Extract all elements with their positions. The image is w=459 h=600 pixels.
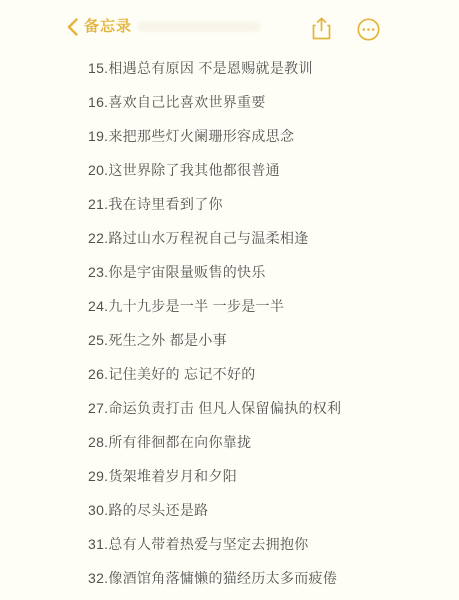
more-options-icon (357, 18, 380, 41)
notes-app-screen: 备忘录 15.相遇总有原因 不是恩赐就是教训 16.喜欢自己比喜欢世界重要 19… (0, 0, 459, 600)
chevron-left-icon (67, 18, 78, 36)
note-line[interactable]: 32.像酒馆角落慵懒的猫经历太多而疲倦 (88, 568, 439, 588)
note-line[interactable]: 20.这世界除了我其他都很普通 (88, 160, 439, 180)
share-icon (311, 17, 332, 40)
watermark (138, 21, 260, 32)
note-line[interactable]: 30.路的尽头还是路 (88, 500, 439, 520)
note-content: 15.相遇总有原因 不是恩赐就是教训 16.喜欢自己比喜欢世界重要 19.来把那… (88, 58, 439, 600)
note-line[interactable]: 22.路过山水万程祝自己与温柔相逢 (88, 228, 439, 248)
note-line[interactable]: 26.记住美好的 忘记不好的 (88, 364, 439, 384)
note-line[interactable]: 28.所有徘徊都在向你靠拢 (88, 432, 439, 452)
back-button-label: 备忘录 (84, 18, 132, 36)
note-line[interactable]: 29.货架堆着岁月和夕阳 (88, 466, 439, 486)
more-options-button[interactable] (357, 18, 380, 41)
note-line[interactable]: 25.死生之外 都是小事 (88, 330, 439, 350)
note-line[interactable]: 24.九十九步是一半 一步是一半 (88, 296, 439, 316)
share-button[interactable] (311, 17, 332, 40)
note-line[interactable]: 31.总有人带着热爱与坚定去拥抱你 (88, 534, 439, 554)
note-line[interactable]: 23.你是宇宙限量贩售的快乐 (88, 262, 439, 282)
note-line[interactable]: 15.相遇总有原因 不是恩赐就是教训 (88, 58, 439, 78)
navigation-bar: 备忘录 (0, 0, 459, 50)
note-line[interactable]: 21.我在诗里看到了你 (88, 194, 439, 214)
note-line[interactable]: 19.来把那些灯火阑珊形容成思念 (88, 126, 439, 146)
note-line[interactable]: 16.喜欢自己比喜欢世界重要 (88, 92, 439, 112)
note-line[interactable]: 27.命运负责打击 但凡人保留偏执的权利 (88, 398, 439, 418)
back-button[interactable]: 备忘录 (67, 18, 132, 36)
